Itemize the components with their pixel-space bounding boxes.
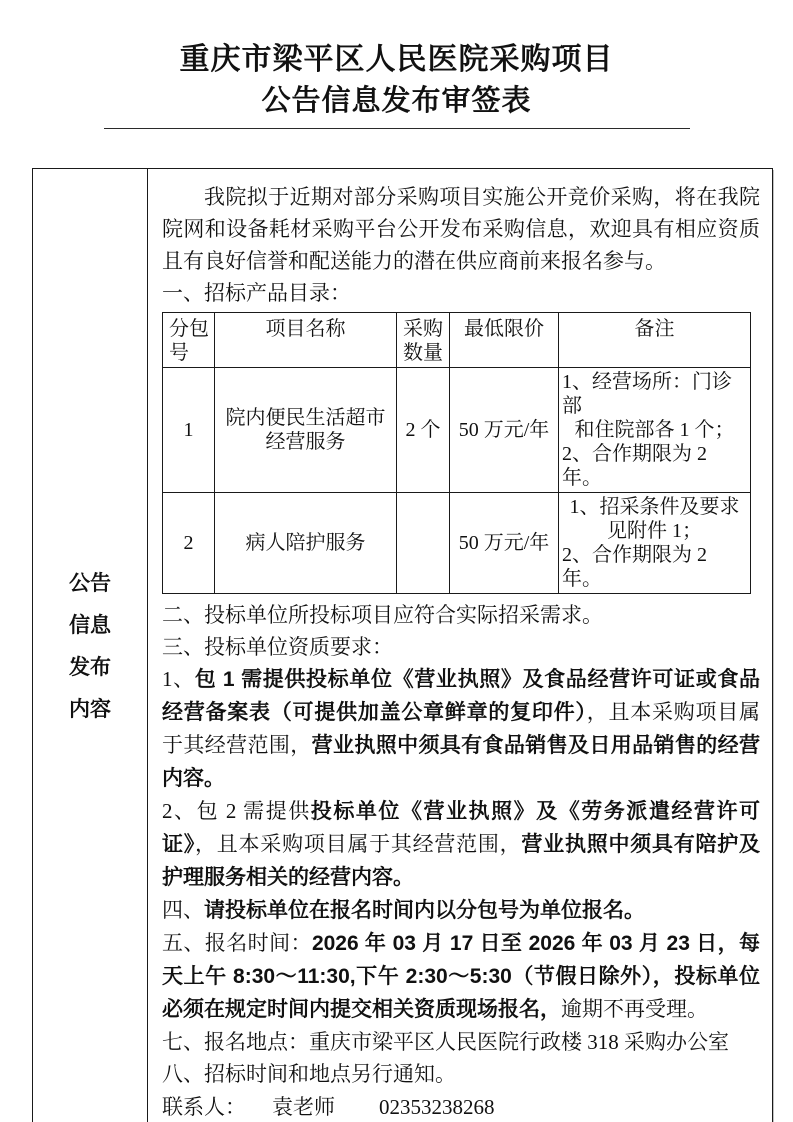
row-label-line: 信息 [33, 605, 147, 647]
announcement-content-cell: 我院拟于近期对部分采购项目实施公开竞价采购，将在我院院网和设备耗材采购平台公开发… [148, 169, 773, 1122]
paragraph-segment: 三、投标单位资质要求： [162, 635, 393, 659]
row-label-line: 发布 [33, 647, 147, 689]
paragraph-segment: 2、包 2 需提供 [162, 799, 311, 823]
catalog-heading: 一、招标产品目录： [162, 277, 760, 309]
paragraph-segment: ，且本采购项目属于其经营范围， [195, 832, 521, 856]
cell-remarks: 1、招采条件及要求 见附件 1； 2、合作期限为 2 年。 [559, 493, 751, 594]
cell-project-name: 院内便民生活超市经营服务 [215, 368, 397, 493]
page-title: 重庆市梁平区人民医院采购项目 [0, 42, 793, 78]
cell-project-name: 病人陪护服务 [215, 493, 397, 594]
title-underline [104, 128, 690, 129]
cell-remarks: 1、经营场所：门诊部 和住院部各 1 个； 2、合作期限为 2 年。 [559, 368, 751, 493]
paragraph: 三、投标单位资质要求： [162, 631, 760, 663]
paragraph: 五、报名时间：2026 年 03 月 17 日至 2026 年 03 月 23 … [162, 927, 760, 1026]
cell-price-cap: 50 万元/年 [450, 493, 559, 594]
page-subtitle: 公告信息发布审签表 [0, 84, 793, 119]
catalog-row: 2 病人陪护服务 50 万元/年 1、招采条件及要求 见附件 1； 2、合作期限… [163, 493, 751, 594]
catalog-header-row: 分包号 项目名称 采购数量 最低限价 备注 [163, 313, 751, 368]
row-label: 公告 信息 发布 内容 [33, 563, 147, 731]
remark-line: 1、经营场所：门诊部 [562, 370, 747, 418]
header-quantity: 采购数量 [397, 313, 450, 368]
paragraph-segment: 1、 [162, 667, 195, 691]
paragraph: 1、包 1 需提供投标单位《营业执照》及食品经营许可证或食品经营备案表（可提供加… [162, 663, 760, 795]
document-page: 重庆市梁平区人民医院采购项目 公告信息发布审签表 公告 信息 发布 内容 我院拟… [0, 0, 793, 1122]
paragraph: 2、包 2 需提供投标单位《营业执照》及《劳务派遣经营许可证》，且本采购项目属于… [162, 795, 760, 894]
contact-label: 联系人： [162, 1095, 246, 1119]
header-remarks: 备注 [559, 313, 751, 368]
paragraph-segment-bold: 请投标单位在报名时间内以分包号为单位报名。 [204, 899, 645, 922]
remark-line: 见附件 1； [562, 519, 747, 543]
paragraph: 二、投标单位所投标项目应符合实际招采需求。 [162, 599, 760, 631]
paragraph-segment: 七、报名地点：重庆市梁平区人民医院行政楼 318 采购办公室 [162, 1030, 729, 1054]
header-package-no: 分包号 [163, 313, 215, 368]
contact-phone: 02353238268 [379, 1095, 495, 1119]
paragraphs-list: 二、投标单位所投标项目应符合实际招采需求。三、投标单位资质要求：1、包 1 需提… [162, 599, 760, 1090]
remark-line: 2、合作期限为 2 年。 [562, 442, 747, 490]
approval-form-table: 公告 信息 发布 内容 我院拟于近期对部分采购项目实施公开竞价采购，将在我院院网… [32, 168, 773, 1122]
row-label-line: 公告 [33, 563, 147, 605]
paragraph: 四、请投标单位在报名时间内以分包号为单位报名。 [162, 894, 760, 927]
paragraph-segment: 逾期不再受理。 [561, 997, 708, 1021]
header-price-cap: 最低限价 [450, 313, 559, 368]
remark-line: 2、合作期限为 2 年。 [562, 543, 747, 591]
row-label-cell: 公告 信息 发布 内容 [33, 169, 148, 1122]
paragraph: 七、报名地点：重庆市梁平区人民医院行政楼 318 采购办公室 [162, 1026, 760, 1058]
row-label-line: 内容 [33, 689, 147, 731]
cell-package-no: 2 [163, 493, 215, 594]
cell-quantity: 2 个 [397, 368, 450, 493]
remark-line: 1、招采条件及要求 [562, 495, 747, 519]
header-project-name: 项目名称 [215, 313, 397, 368]
cell-price-cap: 50 万元/年 [450, 368, 559, 493]
contact-line: 联系人：袁老师02353238268 [162, 1090, 760, 1122]
paragraph-segment: 五、报名时间： [162, 931, 312, 955]
form-row: 公告 信息 发布 内容 我院拟于近期对部分采购项目实施公开竞价采购，将在我院院网… [33, 169, 773, 1122]
paragraph: 八、招标时间和地点另行通知。 [162, 1058, 760, 1090]
catalog-table: 分包号 项目名称 采购数量 最低限价 备注 1 院内便民生活超市经营服务 2 个… [162, 312, 751, 594]
paragraph-segment: 四、 [162, 898, 204, 922]
paragraph-segment: 二、投标单位所投标项目应符合实际招采需求。 [162, 603, 603, 627]
cell-quantity [397, 493, 450, 594]
remark-line: 和住院部各 1 个； [562, 418, 747, 442]
catalog-row: 1 院内便民生活超市经营服务 2 个 50 万元/年 1、经营场所：门诊部 和住… [163, 368, 751, 493]
cell-package-no: 1 [163, 368, 215, 493]
paragraph-segment: 八、招标时间和地点另行通知。 [162, 1062, 456, 1086]
contact-name: 袁老师 [272, 1095, 335, 1119]
intro-paragraph: 我院拟于近期对部分采购项目实施公开竞价采购，将在我院院网和设备耗材采购平台公开发… [162, 181, 760, 277]
title-block: 重庆市梁平区人民医院采购项目 公告信息发布审签表 [0, 0, 793, 129]
